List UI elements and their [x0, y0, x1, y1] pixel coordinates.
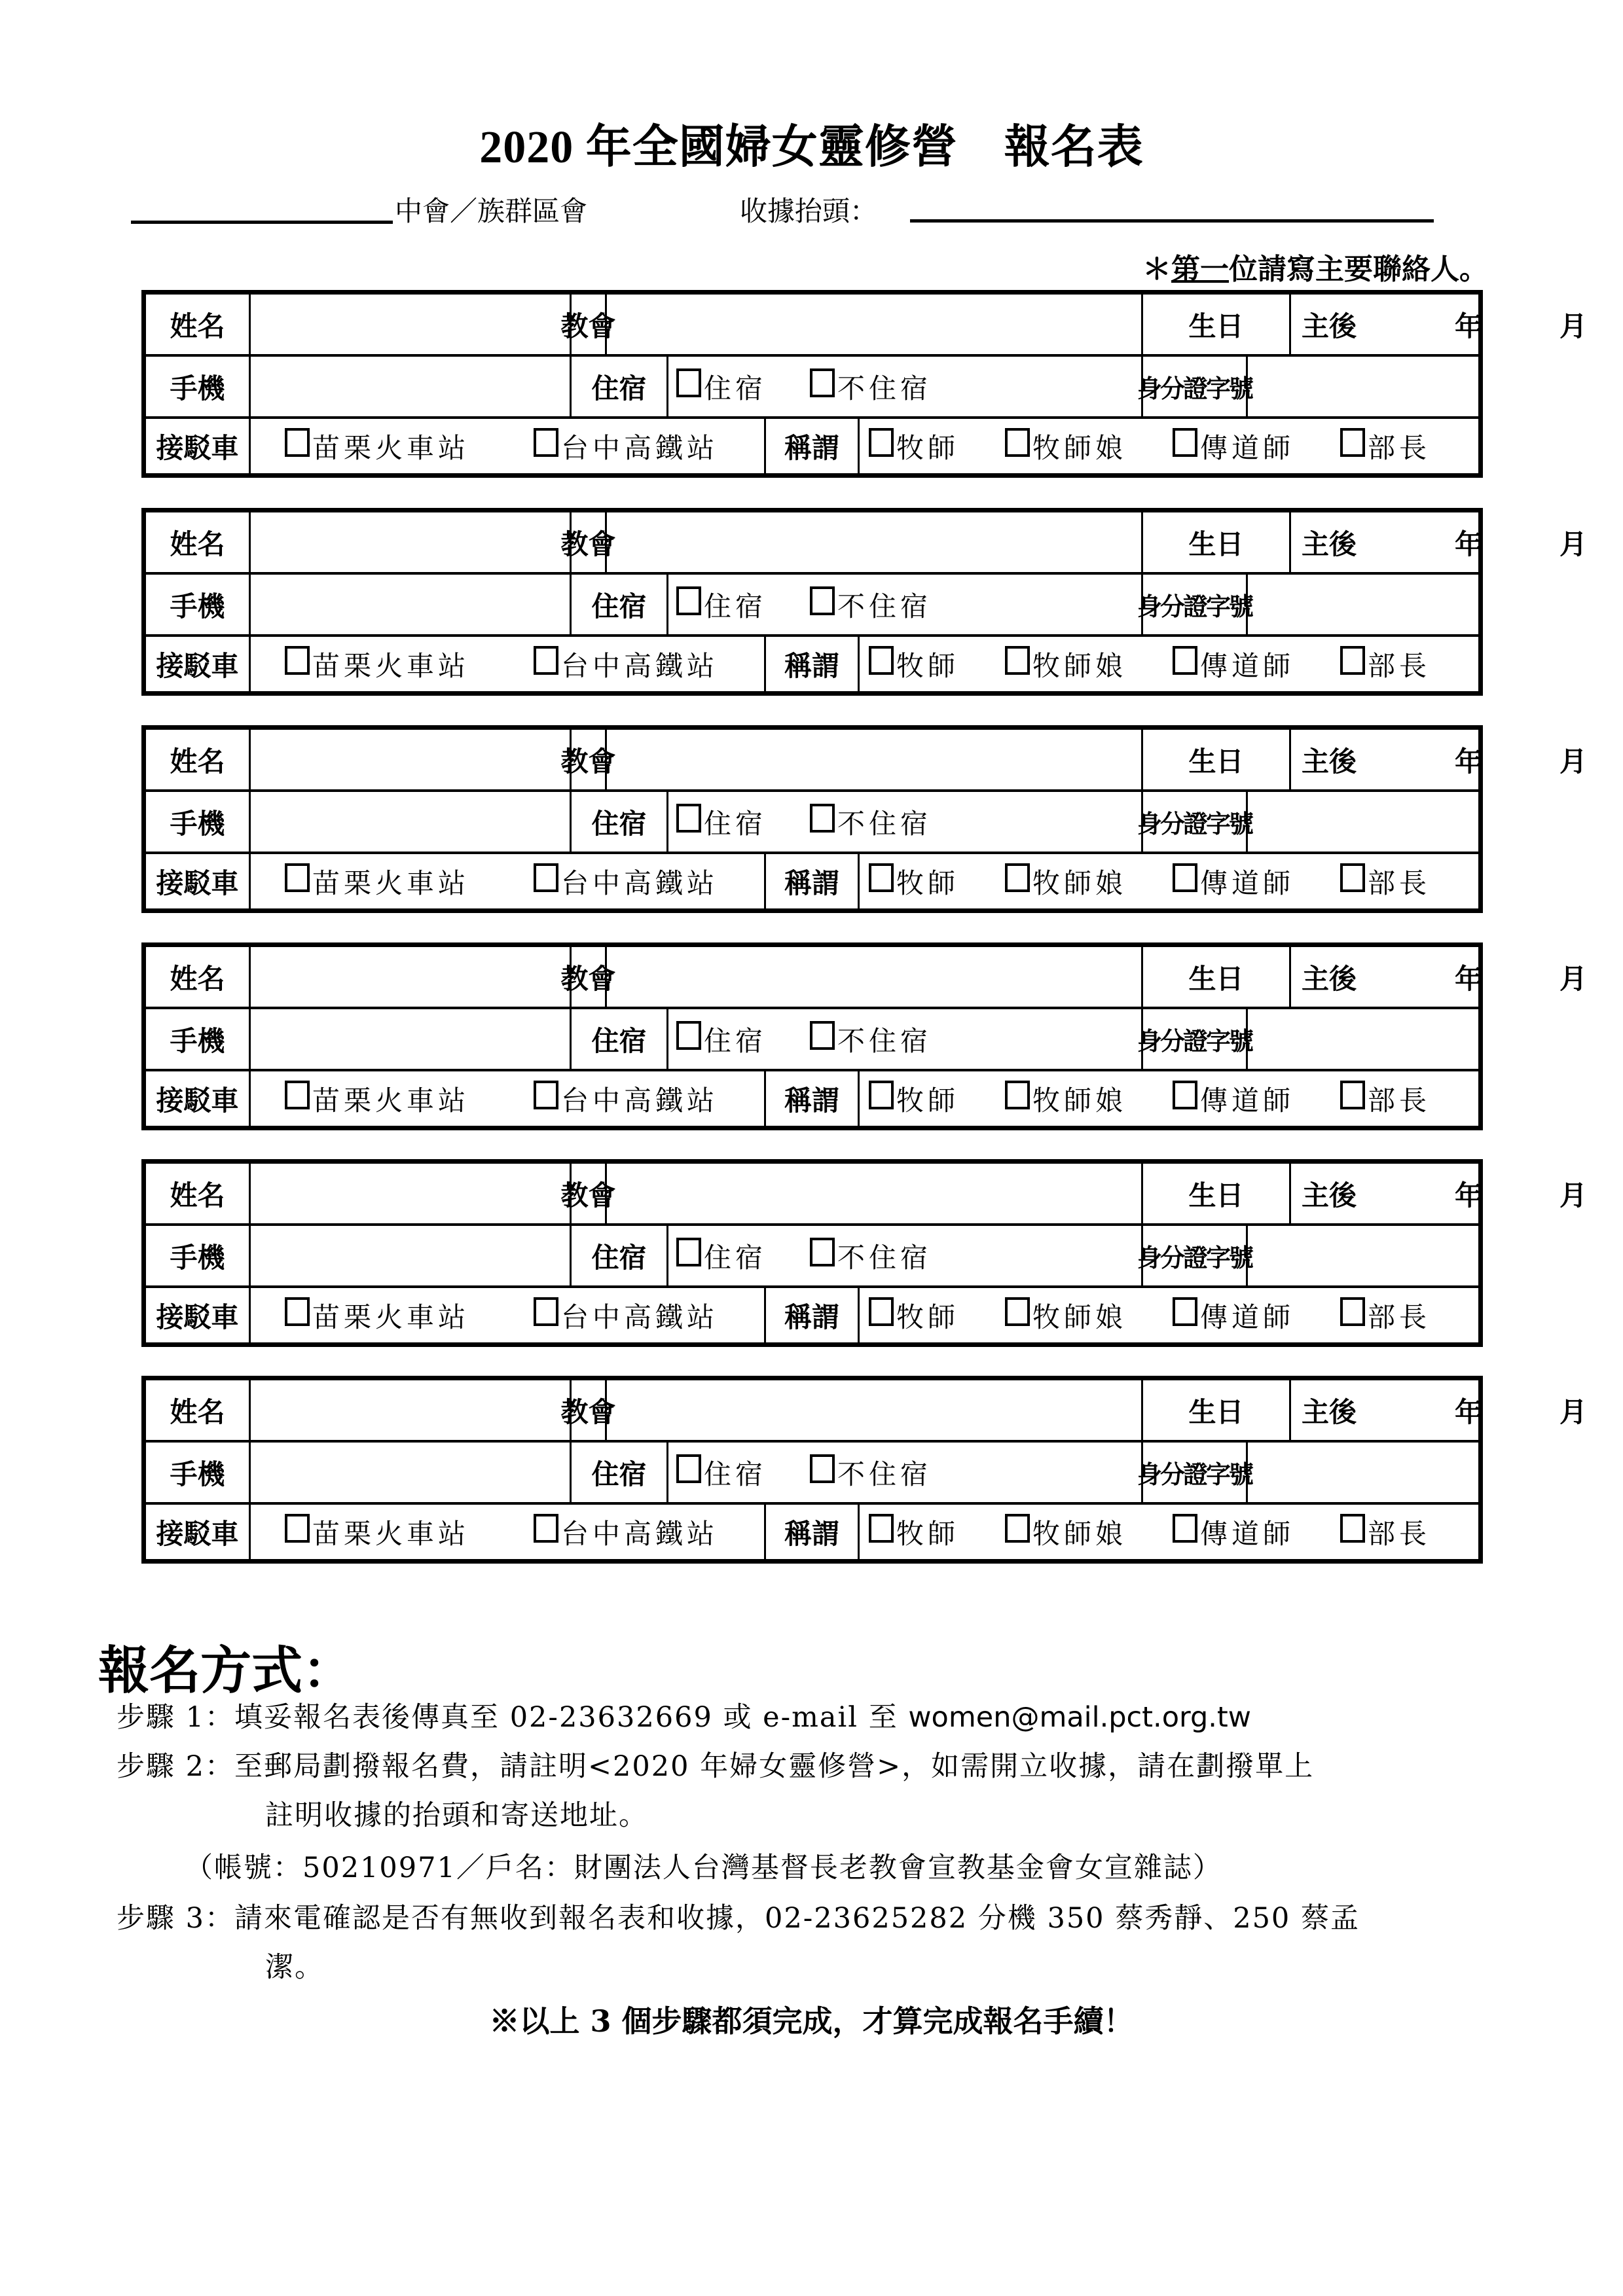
lodging-no-option[interactable]: 不住宿 [810, 1226, 932, 1285]
checkbox[interactable] [810, 368, 835, 397]
title-pastor-option[interactable]: 牧師 [869, 854, 959, 908]
option-label: 住宿 [704, 1453, 767, 1492]
step-1-text: 步驟 1：填妥報名表後傳真至 02-23632669 或 e-mail 至 [117, 1701, 908, 1734]
birthday-field[interactable]: 主後 年 月 日 [1289, 947, 1478, 1007]
title-options: 牧師 牧師娘 傳道師 部長 [858, 1505, 1478, 1559]
checkbox[interactable] [534, 1514, 558, 1543]
shuttle-miaoli-option[interactable]: 苗栗火車站 [285, 419, 469, 473]
option-label: 部長 [1368, 1513, 1431, 1552]
checkbox[interactable] [1340, 1514, 1365, 1543]
checkbox[interactable] [534, 1297, 558, 1326]
name-field[interactable] [249, 295, 570, 354]
shuttle-miaoli-option[interactable]: 苗栗火車站 [285, 854, 469, 908]
row-mobile: 手機 住宿 住宿 不住宿 身分證字號 [146, 1009, 1478, 1071]
month-label: 月 [1559, 947, 1587, 1007]
id-number-label: 身分證字號 [1141, 575, 1246, 634]
option-label: 傳道師 [1200, 1513, 1294, 1552]
lodging-options: 住宿 不住宿 [666, 792, 1141, 852]
option-label: 台中高鐵站 [561, 1296, 718, 1335]
lodging-options: 住宿 不住宿 [666, 575, 1141, 634]
row-mobile: 手機 住宿 住宿 不住宿 身分證字號 [146, 792, 1478, 854]
option-label: 苗栗火車站 [312, 1079, 469, 1119]
row-name: 姓名 教會 生日 主後 年 月 日 [146, 1380, 1478, 1443]
checkbox[interactable] [676, 586, 701, 615]
shuttle-taichung-option[interactable]: 台中高鐵站 [534, 637, 718, 691]
registrant-block-3: 姓名 教會 生日 主後 年 月 日 手機 住宿 住宿 不住宿 身分證字號 接駁車 [141, 725, 1483, 913]
option-label: 不住宿 [837, 367, 932, 406]
checkbox[interactable] [869, 1081, 894, 1109]
birthday-label: 生日 [1141, 730, 1289, 789]
row-shuttle: 接駁車 苗栗火車站 台中高鐵站 稱謂 牧師 牧師娘 傳道師 部長 [146, 854, 1478, 908]
name-label: 姓名 [146, 947, 249, 1007]
id-number-label: 身分證字號 [1141, 1443, 1246, 1502]
lodging-label: 住宿 [570, 792, 666, 852]
year-label: 年 [1455, 1380, 1482, 1440]
year-label: 年 [1455, 947, 1482, 1007]
title-evangelist-option[interactable]: 傳道師 [1173, 419, 1294, 473]
checkbox[interactable] [285, 1081, 310, 1109]
title-label: 稱謂 [764, 419, 858, 473]
title-minister-option[interactable]: 部長 [1340, 1505, 1431, 1559]
shuttle-miaoli-option[interactable]: 苗栗火車站 [285, 1505, 469, 1559]
title-evangelist-option[interactable]: 傳道師 [1173, 637, 1294, 691]
option-label: 苗栗火車站 [312, 427, 469, 466]
shuttle-miaoli-option[interactable]: 苗栗火車站 [285, 637, 469, 691]
receipt-blank-line[interactable] [910, 219, 1434, 223]
completion-note: ※以上 3 個步驟都須完成，才算完成報名手續！ [0, 1998, 1623, 2041]
name-label: 姓名 [146, 1164, 249, 1223]
birthday-label: 生日 [1141, 947, 1289, 1007]
shuttle-miaoli-option[interactable]: 苗栗火車站 [285, 1288, 469, 1342]
shuttle-taichung-option[interactable]: 台中高鐵站 [534, 854, 718, 908]
church-field[interactable] [605, 1164, 1141, 1223]
church-field[interactable] [605, 512, 1141, 572]
checkbox[interactable] [1173, 646, 1197, 675]
mobile-label: 手機 [146, 1443, 249, 1502]
id-number-label: 身分證字號 [1141, 1226, 1246, 1285]
title-pastor-wife-option[interactable]: 牧師娘 [1005, 854, 1127, 908]
row-shuttle: 接駁車 苗栗火車站 台中高鐵站 稱謂 牧師 牧師娘 傳道師 部長 [146, 1071, 1478, 1126]
month-label: 月 [1559, 1164, 1587, 1223]
lodging-label: 住宿 [570, 575, 666, 634]
title-minister-option[interactable]: 部長 [1340, 637, 1431, 691]
option-label: 牧師娘 [1032, 1296, 1127, 1335]
year-label: 年 [1455, 295, 1482, 354]
checkbox[interactable] [1340, 863, 1365, 892]
option-label: 不住宿 [837, 802, 932, 842]
option-label: 牧師娘 [1032, 645, 1127, 684]
title-minister-option[interactable]: 部長 [1340, 854, 1431, 908]
title-evangelist-option[interactable]: 傳道師 [1173, 1288, 1294, 1342]
registrant-block-5: 姓名 教會 生日 主後 年 月 日 手機 住宿 住宿 不住宿 身分證字號 接駁車 [141, 1159, 1483, 1347]
church-label: 教會 [570, 512, 605, 572]
id-number-field[interactable] [1246, 1009, 1478, 1069]
era-label: 主後 [1302, 295, 1357, 354]
era-label: 主後 [1302, 947, 1357, 1007]
checkbox[interactable] [285, 1514, 310, 1543]
lodging-no-option[interactable]: 不住宿 [810, 1443, 932, 1502]
contact-email: women@mail.pct.org.tw [908, 1701, 1251, 1734]
row-shuttle: 接駁車 苗栗火車站 台中高鐵站 稱謂 牧師 牧師娘 傳道師 部長 [146, 1505, 1478, 1559]
year-label: 年 [1455, 512, 1482, 572]
registrant-block-6: 姓名 教會 生日 主後 年 月 日 手機 住宿 住宿 不住宿 身分證字號 接駁車 [141, 1376, 1483, 1564]
mobile-field[interactable] [249, 1443, 570, 1502]
checkbox[interactable] [810, 1454, 835, 1483]
checkbox[interactable] [534, 1081, 558, 1109]
checkbox[interactable] [1005, 646, 1030, 675]
checkbox[interactable] [676, 804, 701, 833]
name-field[interactable] [249, 1380, 570, 1440]
id-number-field[interactable] [1246, 575, 1478, 634]
bank-account-info: （帳號：50210971／戶名：財團法人台灣基督長老教會宣教基金會女宣雜誌） [185, 1846, 1222, 1886]
title-pastor-option[interactable]: 牧師 [869, 419, 959, 473]
row-mobile: 手機 住宿 住宿 不住宿 身分證字號 [146, 1226, 1478, 1288]
name-label: 姓名 [146, 295, 249, 354]
month-label: 月 [1559, 512, 1587, 572]
checkbox[interactable] [869, 863, 894, 892]
title-minister-option[interactable]: 部長 [1340, 419, 1431, 473]
primary-contact-note: ＊第一位請寫主要聯絡人。 [1142, 245, 1488, 287]
step-3: 步驟 3：請來電確認是否有無收到報名表和收據，02-23625282 分機 35… [117, 1896, 1360, 1936]
name-label: 姓名 [146, 512, 249, 572]
title-pastor-option[interactable]: 牧師 [869, 1505, 959, 1559]
option-label: 住宿 [704, 585, 767, 624]
mobile-label: 手機 [146, 792, 249, 852]
step-2: 步驟 2：至郵局劃撥報名費，請註明<2020 年婦女靈修營>，如需開立收據，請在… [117, 1744, 1314, 1784]
shuttle-label: 接駁車 [146, 637, 249, 691]
lodging-no-option[interactable]: 不住宿 [810, 792, 932, 852]
row-mobile: 手機 住宿 住宿 不住宿 身分證字號 [146, 575, 1478, 637]
title-pastor-wife-option[interactable]: 牧師娘 [1005, 419, 1127, 473]
title-label: 稱謂 [764, 1505, 858, 1559]
checkbox[interactable] [1340, 1081, 1365, 1109]
birthday-label: 生日 [1141, 295, 1289, 354]
registrant-block-1: 姓名 教會 生日 主後 年 月 日 手機 住宿 住宿 不住宿 身分證字號 接駁車 [141, 290, 1483, 478]
option-label: 不住宿 [837, 585, 932, 624]
checkbox[interactable] [1173, 1514, 1197, 1543]
district-label: 中會／族群區會 [395, 190, 587, 229]
checkbox[interactable] [676, 1021, 701, 1050]
mobile-field[interactable] [249, 357, 570, 416]
step-1: 步驟 1：填妥報名表後傳真至 02-23632669 或 e-mail 至 wo… [117, 1695, 1251, 1735]
checkbox[interactable] [1340, 1297, 1365, 1326]
option-label: 傳道師 [1200, 427, 1294, 466]
title-label: 稱謂 [764, 1071, 858, 1126]
birthday-label: 生日 [1141, 1380, 1289, 1440]
name-field[interactable] [249, 730, 570, 789]
option-label: 不住宿 [837, 1236, 932, 1276]
mobile-label: 手機 [146, 357, 249, 416]
church-label: 教會 [570, 730, 605, 789]
title-options: 牧師 牧師娘 傳道師 部長 [858, 854, 1478, 908]
option-label: 台中高鐵站 [561, 862, 718, 901]
church-field[interactable] [605, 295, 1141, 354]
church-label: 教會 [570, 1380, 605, 1440]
id-number-field[interactable] [1246, 792, 1478, 852]
lodging-label: 住宿 [570, 357, 666, 416]
checkbox[interactable] [1173, 1297, 1197, 1326]
option-label: 牧師 [896, 1296, 959, 1335]
shuttle-miaoli-option[interactable]: 苗栗火車站 [285, 1071, 469, 1126]
option-label: 住宿 [704, 802, 767, 842]
checkbox[interactable] [534, 863, 558, 892]
id-number-label: 身分證字號 [1141, 792, 1246, 852]
instructions-heading: 報名方式： [98, 1630, 354, 1703]
church-label: 教會 [570, 1164, 605, 1223]
option-label: 不住宿 [837, 1020, 932, 1059]
checkbox[interactable] [676, 1454, 701, 1483]
lodging-options: 住宿 不住宿 [666, 1009, 1141, 1069]
shuttle-taichung-option[interactable]: 台中高鐵站 [534, 1505, 718, 1559]
lodging-yes-option[interactable]: 住宿 [676, 357, 767, 416]
option-label: 部長 [1368, 1296, 1431, 1335]
id-number-field[interactable] [1246, 1443, 1478, 1502]
church-field[interactable] [605, 730, 1141, 789]
checkbox[interactable] [1173, 428, 1197, 457]
title-evangelist-option[interactable]: 傳道師 [1173, 854, 1294, 908]
option-label: 牧師娘 [1032, 1079, 1127, 1119]
era-label: 主後 [1302, 1380, 1357, 1440]
name-field[interactable] [249, 947, 570, 1007]
year-label: 年 [1455, 1164, 1482, 1223]
title-evangelist-option[interactable]: 傳道師 [1173, 1071, 1294, 1126]
title-label: 稱謂 [764, 1288, 858, 1342]
option-label: 台中高鐵站 [561, 1079, 718, 1119]
lodging-no-option[interactable]: 不住宿 [810, 357, 932, 416]
row-name: 姓名 教會 生日 主後 年 月 日 [146, 730, 1478, 792]
title-options: 牧師 牧師娘 傳道師 部長 [858, 419, 1478, 473]
option-label: 部長 [1368, 427, 1431, 466]
lodging-label: 住宿 [570, 1009, 666, 1069]
row-name: 姓名 教會 生日 主後 年 月 日 [146, 1164, 1478, 1226]
birthday-label: 生日 [1141, 1164, 1289, 1223]
birthday-field[interactable]: 主後 年 月 日 [1289, 1380, 1478, 1440]
lodging-yes-option[interactable]: 住宿 [676, 1009, 767, 1069]
option-label: 部長 [1368, 862, 1431, 901]
church-field[interactable] [605, 1380, 1141, 1440]
note-text: 位請寫主要聯絡人。 [1229, 253, 1488, 286]
title-options: 牧師 牧師娘 傳道師 部長 [858, 1071, 1478, 1126]
checkbox[interactable] [534, 646, 558, 675]
shuttle-taichung-option[interactable]: 台中高鐵站 [534, 1288, 718, 1342]
row-mobile: 手機 住宿 住宿 不住宿 身分證字號 [146, 1443, 1478, 1505]
option-label: 牧師娘 [1032, 1513, 1127, 1552]
option-label: 傳道師 [1200, 1079, 1294, 1119]
checkbox[interactable] [810, 804, 835, 833]
row-name: 姓名 教會 生日 主後 年 月 日 [146, 947, 1478, 1009]
lodging-label: 住宿 [570, 1443, 666, 1502]
checkbox[interactable] [1173, 863, 1197, 892]
checkbox[interactable] [1340, 428, 1365, 457]
option-label: 部長 [1368, 645, 1431, 684]
birthday-field[interactable]: 主後 年 月 日 [1289, 295, 1478, 354]
month-label: 月 [1559, 295, 1587, 354]
row-name: 姓名 教會 生日 主後 年 月 日 [146, 512, 1478, 575]
name-label: 姓名 [146, 730, 249, 789]
option-label: 牧師 [896, 427, 959, 466]
option-label: 台中高鐵站 [561, 427, 718, 466]
shuttle-label: 接駁車 [146, 419, 249, 473]
step-3-continuation: 潔。 [265, 1945, 324, 1985]
title-label: 稱謂 [764, 637, 858, 691]
shuttle-label: 接駁車 [146, 854, 249, 908]
checkbox[interactable] [676, 368, 701, 397]
title-pastor-wife-option[interactable]: 牧師娘 [1005, 1071, 1127, 1126]
birthday-label: 生日 [1141, 512, 1289, 572]
id-number-field[interactable] [1246, 357, 1478, 416]
mobile-label: 手機 [146, 575, 249, 634]
option-label: 不住宿 [837, 1453, 932, 1492]
receipt-label: 收據抬頭： [740, 190, 877, 229]
id-number-field[interactable] [1246, 1226, 1478, 1285]
birthday-field[interactable]: 主後 年 月 日 [1289, 730, 1478, 789]
church-label: 教會 [570, 295, 605, 354]
id-number-label: 身分證字號 [1141, 357, 1246, 416]
option-label: 牧師 [896, 1079, 959, 1119]
church-label: 教會 [570, 947, 605, 1007]
option-label: 住宿 [704, 1020, 767, 1059]
option-label: 傳道師 [1200, 862, 1294, 901]
month-label: 月 [1559, 730, 1587, 789]
title-evangelist-option[interactable]: 傳道師 [1173, 1505, 1294, 1559]
lodging-no-option[interactable]: 不住宿 [810, 575, 932, 634]
month-label: 月 [1559, 1380, 1587, 1440]
option-label: 牧師娘 [1032, 427, 1127, 466]
lodging-options: 住宿 不住宿 [666, 357, 1141, 416]
title-pastor-wife-option[interactable]: 牧師娘 [1005, 637, 1127, 691]
title-options: 牧師 牧師娘 傳道師 部長 [858, 1288, 1478, 1342]
checkbox[interactable] [1005, 1297, 1030, 1326]
row-shuttle: 接駁車 苗栗火車站 台中高鐵站 稱謂 牧師 牧師娘 傳道師 部長 [146, 637, 1478, 691]
option-label: 牧師 [896, 862, 959, 901]
shuttle-label: 接駁車 [146, 1288, 249, 1342]
shuttle-label: 接駁車 [146, 1071, 249, 1126]
shuttle-taichung-option[interactable]: 台中高鐵站 [534, 419, 718, 473]
era-label: 主後 [1302, 1164, 1357, 1223]
checkbox[interactable] [810, 1021, 835, 1050]
name-field[interactable] [249, 1164, 570, 1223]
lodging-yes-option[interactable]: 住宿 [676, 792, 767, 852]
row-mobile: 手機 住宿 住宿 不住宿 身分證字號 [146, 357, 1478, 419]
lodging-no-option[interactable]: 不住宿 [810, 1009, 932, 1069]
shuttle-label: 接駁車 [146, 1505, 249, 1559]
title-pastor-wife-option[interactable]: 牧師娘 [1005, 1505, 1127, 1559]
checkbox[interactable] [1173, 1081, 1197, 1109]
shuttle-taichung-option[interactable]: 台中高鐵站 [534, 1071, 718, 1126]
mobile-label: 手機 [146, 1226, 249, 1285]
lodging-yes-option[interactable]: 住宿 [676, 1226, 767, 1285]
mobile-field[interactable] [249, 575, 570, 634]
option-label: 台中高鐵站 [561, 1513, 718, 1552]
mobile-field[interactable] [249, 1009, 570, 1069]
registrant-block-2: 姓名 教會 生日 主後 年 月 日 手機 住宿 住宿 不住宿 身分證字號 接駁車 [141, 508, 1483, 696]
title-pastor-wife-option[interactable]: 牧師娘 [1005, 1288, 1127, 1342]
lodging-options: 住宿 不住宿 [666, 1443, 1141, 1502]
mobile-label: 手機 [146, 1009, 249, 1069]
title-pastor-option[interactable]: 牧師 [869, 637, 959, 691]
checkbox[interactable] [810, 1238, 835, 1266]
option-label: 牧師娘 [1032, 862, 1127, 901]
mobile-field[interactable] [249, 1226, 570, 1285]
district-blank-line[interactable] [131, 221, 393, 224]
checkbox[interactable] [285, 863, 310, 892]
title-pastor-option[interactable]: 牧師 [869, 1288, 959, 1342]
checkbox[interactable] [1005, 1514, 1030, 1543]
title-minister-option[interactable]: 部長 [1340, 1071, 1431, 1126]
lodging-label: 住宿 [570, 1226, 666, 1285]
mobile-field[interactable] [249, 792, 570, 852]
church-field[interactable] [605, 947, 1141, 1007]
option-label: 苗栗火車站 [312, 862, 469, 901]
title-minister-option[interactable]: 部長 [1340, 1288, 1431, 1342]
birthday-field[interactable]: 主後 年 月 日 [1289, 1164, 1478, 1223]
checkbox[interactable] [869, 646, 894, 675]
era-label: 主後 [1302, 730, 1357, 789]
checkbox[interactable] [676, 1238, 701, 1266]
checkbox[interactable] [869, 1297, 894, 1326]
option-label: 台中高鐵站 [561, 645, 718, 684]
option-label: 牧師 [896, 1513, 959, 1552]
lodging-yes-option[interactable]: 住宿 [676, 575, 767, 634]
step-2-continuation: 註明收據的抬頭和寄送地址。 [265, 1793, 648, 1833]
option-label: 苗栗火車站 [312, 1513, 469, 1552]
title-label: 稱謂 [764, 854, 858, 908]
checkbox[interactable] [534, 428, 558, 457]
checkbox[interactable] [1340, 646, 1365, 675]
row-name: 姓名 教會 生日 主後 年 月 日 [146, 295, 1478, 357]
title-options: 牧師 牧師娘 傳道師 部長 [858, 637, 1478, 691]
checkbox[interactable] [285, 428, 310, 457]
registrant-block-4: 姓名 教會 生日 主後 年 月 日 手機 住宿 住宿 不住宿 身分證字號 接駁車 [141, 942, 1483, 1130]
era-label: 主後 [1302, 512, 1357, 572]
name-field[interactable] [249, 512, 570, 572]
checkbox[interactable] [285, 1297, 310, 1326]
checkbox[interactable] [1005, 1081, 1030, 1109]
checkbox[interactable] [810, 586, 835, 615]
option-label: 部長 [1368, 1079, 1431, 1119]
page-title: 2020 年全國婦女靈修營 報名表 [0, 110, 1623, 176]
note-emphasis: 第一 [1171, 253, 1229, 286]
id-number-label: 身分證字號 [1141, 1009, 1246, 1069]
checkbox[interactable] [285, 646, 310, 675]
asterisk: ＊ [1142, 253, 1171, 286]
option-label: 苗栗火車站 [312, 1296, 469, 1335]
checkbox[interactable] [1005, 428, 1030, 457]
year-label: 年 [1455, 730, 1482, 789]
checkbox[interactable] [869, 1514, 894, 1543]
lodging-options: 住宿 不住宿 [666, 1226, 1141, 1285]
option-label: 牧師 [896, 645, 959, 684]
birthday-field[interactable]: 主後 年 月 日 [1289, 512, 1478, 572]
checkbox[interactable] [1005, 863, 1030, 892]
lodging-yes-option[interactable]: 住宿 [676, 1443, 767, 1502]
title-pastor-option[interactable]: 牧師 [869, 1071, 959, 1126]
row-shuttle: 接駁車 苗栗火車站 台中高鐵站 稱謂 牧師 牧師娘 傳道師 部長 [146, 419, 1478, 473]
name-label: 姓名 [146, 1380, 249, 1440]
option-label: 住宿 [704, 1236, 767, 1276]
option-label: 苗栗火車站 [312, 645, 469, 684]
row-shuttle: 接駁車 苗栗火車站 台中高鐵站 稱謂 牧師 牧師娘 傳道師 部長 [146, 1288, 1478, 1342]
checkbox[interactable] [869, 428, 894, 457]
option-label: 傳道師 [1200, 645, 1294, 684]
option-label: 住宿 [704, 367, 767, 406]
option-label: 傳道師 [1200, 1296, 1294, 1335]
